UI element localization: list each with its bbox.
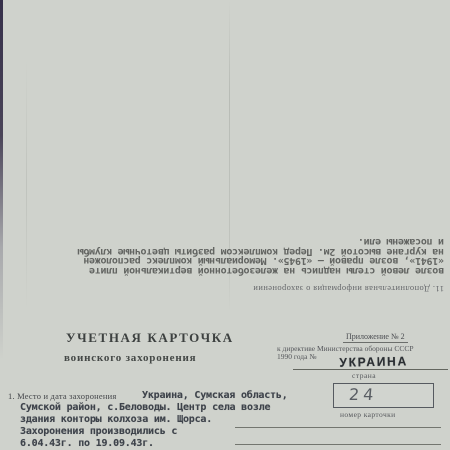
photo-dark-edge bbox=[0, 0, 3, 450]
card-subtitle: воинского захоронения bbox=[64, 352, 196, 364]
section11-label: 11. Дополнительная информация о захороне… bbox=[8, 284, 444, 294]
back-page-upside-down-block: 11. Дополнительная информация о захороне… bbox=[8, 220, 444, 294]
country-field-label: страна bbox=[352, 371, 376, 380]
section1-typewritten-line: Украина, Сумская область, bbox=[142, 390, 288, 401]
card-number-handwritten: 24 bbox=[348, 385, 378, 404]
country-stamp: УКРАИНА bbox=[339, 354, 408, 369]
card-number-label: номер карточки bbox=[340, 410, 396, 419]
section1-typewritten-line: здания конторы колхоза им. Щорса. bbox=[20, 414, 212, 425]
back-page-text-line: и посажены ели. bbox=[8, 237, 444, 247]
card-title: УЧЕТНАЯ КАРТОЧКА bbox=[66, 330, 234, 346]
annex-reference-line-1: Приложение № 2 bbox=[343, 332, 408, 343]
blank-form-rule bbox=[235, 427, 441, 428]
section1-label: 1. Место и дата захоронения bbox=[8, 391, 116, 401]
section1-typewritten-line: Сумской район, с.Беловоды. Центр села во… bbox=[20, 402, 270, 413]
back-page-text-line: «1941», возле правой — «1945». Мемориаль… bbox=[8, 256, 444, 266]
blank-form-rule bbox=[235, 444, 441, 445]
section1-typewritten-line: 6.04.43г. по 19.09.43г. bbox=[20, 438, 154, 449]
annex-reference-line-3: 1990 года № bbox=[277, 352, 316, 361]
scanned-burial-card: 11. Дополнительная информация о захороне… bbox=[0, 0, 450, 450]
country-field-rule bbox=[293, 369, 448, 370]
section1-typewritten-line: Захоронения производились с bbox=[20, 426, 177, 437]
back-page-text-line: возле левой стелы надпись на железобетон… bbox=[8, 265, 444, 275]
back-page-text-line: на кургане высотой 2м. Перед комплексом … bbox=[8, 246, 444, 256]
